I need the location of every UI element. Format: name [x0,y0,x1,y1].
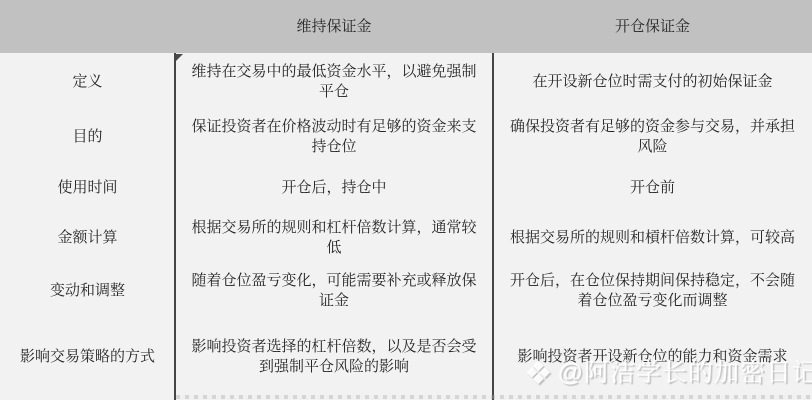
cutoff-row-edge [176,395,812,399]
table-row-changes-adjustments: 变动和调整 随着仓位盈亏变化，可能需要补充或释放保证金 开仓后，在仓位保持期间保… [0,263,812,318]
opening-cell: 开仓前 [493,163,812,213]
table-header-row: 维持保证金 开仓保证金 [0,0,812,53]
maintenance-cell: 保证投资者在价格波动时有足够的资金来支持仓位 [175,110,493,163]
table-row-purpose: 目的 保证投资者在价格波动时有足够的资金来支持仓位 确保投资者有足够的资金参与交… [0,110,812,163]
maintenance-cell: 维持在交易中的最低资金水平，以避免强制平仓 [175,53,493,110]
row-label: 影响交易策略的方式 [0,318,175,395]
row-label: 变动和调整 [0,263,175,318]
row-label: 目的 [0,110,175,163]
table-row-strategy-impact: 影响交易策略的方式 影响投资者选择的杠杆倍数，以及是否会受到强制平仓风险的影响 … [0,318,812,395]
margin-comparison-table: 维持保证金 开仓保证金 定义 维持在交易中的最低资金水平，以避免强制平仓 在开设… [0,0,812,400]
header-empty-cell [0,0,175,53]
column-divider-left [174,53,176,400]
opening-cell: 在开设新仓位时需支付的初始保证金 [493,53,812,110]
maintenance-cell: 根据交易所的规则和杠杆倍数计算，通常较低 [175,213,493,263]
opening-cell: 影响投资者开设新仓位的能力和资金需求 [493,318,812,395]
maintenance-cell: 随着仓位盈亏变化，可能需要补充或释放保证金 [175,263,493,318]
row-label: 定义 [0,53,175,110]
row-label: 使用时间 [0,163,175,213]
opening-cell: 开仓后，在仓位保持期间保持稳定，不会随着仓位盈亏变化而调整 [493,263,812,318]
maintenance-cell: 影响投资者选择的杠杆倍数，以及是否会受到强制平仓风险的影响 [175,318,493,395]
maintenance-cell: 开仓后，持仓中 [175,163,493,213]
row-label: 金额计算 [0,213,175,263]
header-maintenance-margin: 维持保证金 [175,0,493,53]
cell-marker-wedge [176,54,183,61]
column-divider-right [492,53,494,400]
header-opening-margin: 开仓保证金 [493,0,812,53]
table-row-amount-calculation: 金额计算 根据交易所的规则和杠杆倍数计算，通常较低 根据交易所的规则和槓杆倍数计… [0,213,812,263]
opening-cell: 根据交易所的规则和槓杆倍数计算，可较高 [493,213,812,263]
table-row-definition: 定义 维持在交易中的最低资金水平，以避免强制平仓 在开设新仓位时需支付的初始保证… [0,53,812,110]
table-body: 定义 维持在交易中的最低资金水平，以避免强制平仓 在开设新仓位时需支付的初始保证… [0,53,812,395]
table-row-usage-time: 使用时间 开仓后，持仓中 开仓前 [0,163,812,213]
opening-cell: 确保投资者有足够的资金参与交易，并承担风险 [493,110,812,163]
